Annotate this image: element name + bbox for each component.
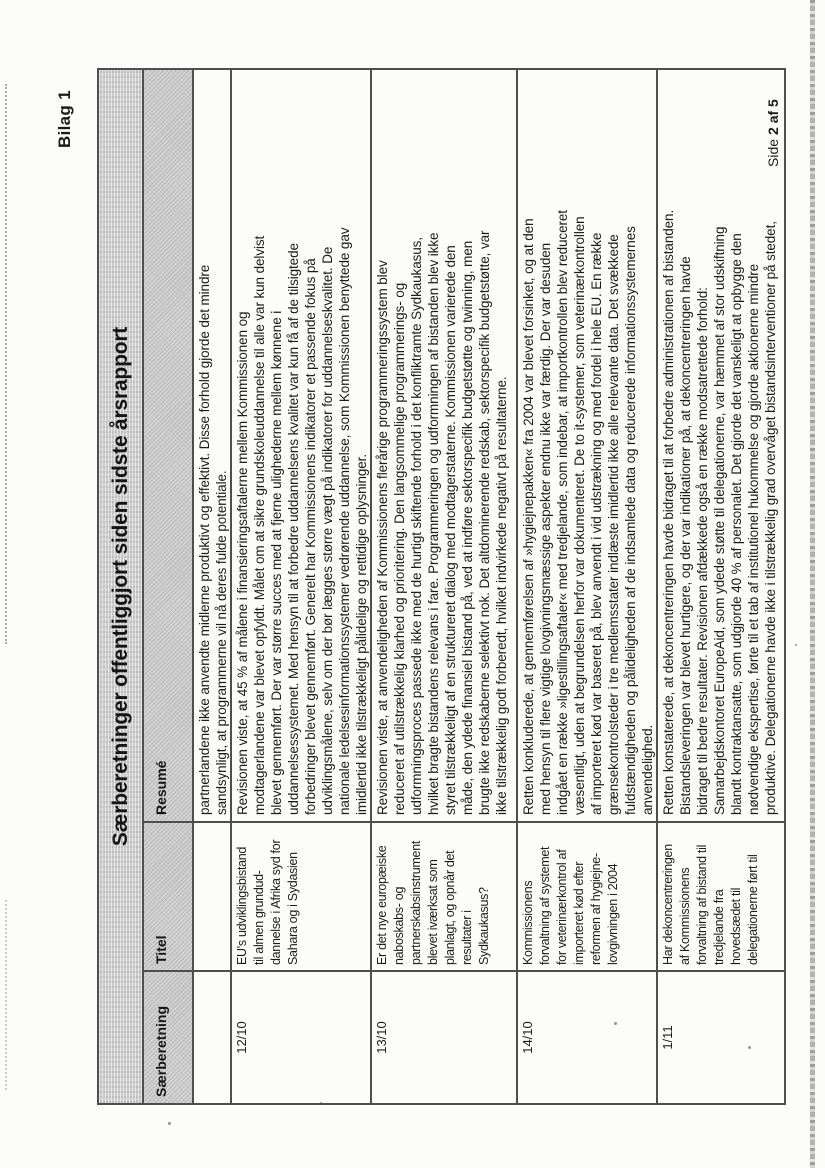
annex-label: Bilag 1 bbox=[55, 90, 75, 148]
scan-dotted-edge bbox=[5, 84, 7, 644]
table-title-row: Særberetninger offentliggjort siden sids… bbox=[98, 69, 143, 1104]
scan-edge-shadow bbox=[810, 0, 815, 1168]
report-summary-cell: Retten konstaterede, at dekoncentreringe… bbox=[657, 69, 785, 822]
scan-dotted-edge bbox=[5, 900, 7, 1090]
table-row-1-11: 1/11 Har dekoncentreringen af Kommission… bbox=[657, 69, 785, 1104]
table-row-12-10: 12/10 EU's udviklingsbistand til almen g… bbox=[231, 69, 371, 1104]
report-summary-cell: Retten konkluderede, at gennemførelsen a… bbox=[517, 69, 657, 822]
report-number-cell: 12/10 bbox=[231, 971, 371, 1104]
report-number-cell: 13/10 bbox=[371, 971, 517, 1104]
report-title-cell: Er det nye europæiske naboskabs- og part… bbox=[371, 822, 517, 971]
table-row-continuation: partnerlandene ikke anvendte midlerne pr… bbox=[193, 69, 231, 1104]
report-title-cell: Kommissionens forvaltning af systemet fo… bbox=[517, 822, 657, 971]
table-row-14-10: 14/10 Kommissionens forvaltning af syste… bbox=[517, 69, 657, 1104]
report-number-cell: 1/11 bbox=[657, 971, 785, 1104]
page-number-value: 2 af 5 bbox=[765, 99, 781, 135]
scan-speck bbox=[168, 1122, 171, 1125]
scan-speck bbox=[748, 1046, 751, 1049]
report-title-cell bbox=[193, 822, 231, 971]
report-title-cell: Har dekoncentreringen af Kommissionens f… bbox=[657, 822, 785, 971]
column-header-titel: Titel bbox=[143, 822, 193, 971]
scanned-document-page: Bilag 1 Særberetninger offentliggjort si… bbox=[0, 0, 825, 1168]
scan-speck bbox=[320, 1102, 322, 1104]
report-title-cell: EU's udviklingsbistand til almen grundud… bbox=[231, 822, 371, 971]
special-reports-table: Særberetninger offentliggjort siden sids… bbox=[97, 68, 786, 1105]
report-summary-cell: partnerlandene ikke anvendte midlerne pr… bbox=[193, 69, 231, 822]
report-number-cell bbox=[193, 971, 231, 1104]
rotated-sheet: Bilag 1 Særberetninger offentliggjort si… bbox=[0, 0, 825, 1168]
report-summary-cell: Revisionen viste, at anvendeligheden af … bbox=[371, 69, 517, 822]
column-header-row: Særberetning Titel Resumé bbox=[143, 69, 193, 1104]
scan-speck bbox=[614, 1022, 617, 1025]
page-number: Side2 af 5 bbox=[765, 99, 781, 167]
column-header-resume: Resumé bbox=[143, 69, 193, 822]
report-summary-cell: Revisionen viste, at 45 % af målene i fi… bbox=[231, 69, 371, 822]
table-row-13-10: 13/10 Er det nye europæiske naboskabs- o… bbox=[371, 69, 517, 1104]
report-number-cell: 14/10 bbox=[517, 971, 657, 1104]
column-header-saerberetning: Særberetning bbox=[143, 971, 193, 1104]
table-title: Særberetninger offentliggjort siden sids… bbox=[98, 69, 143, 1104]
page-number-prefix: Side bbox=[765, 139, 781, 167]
scan-speck bbox=[795, 644, 797, 646]
